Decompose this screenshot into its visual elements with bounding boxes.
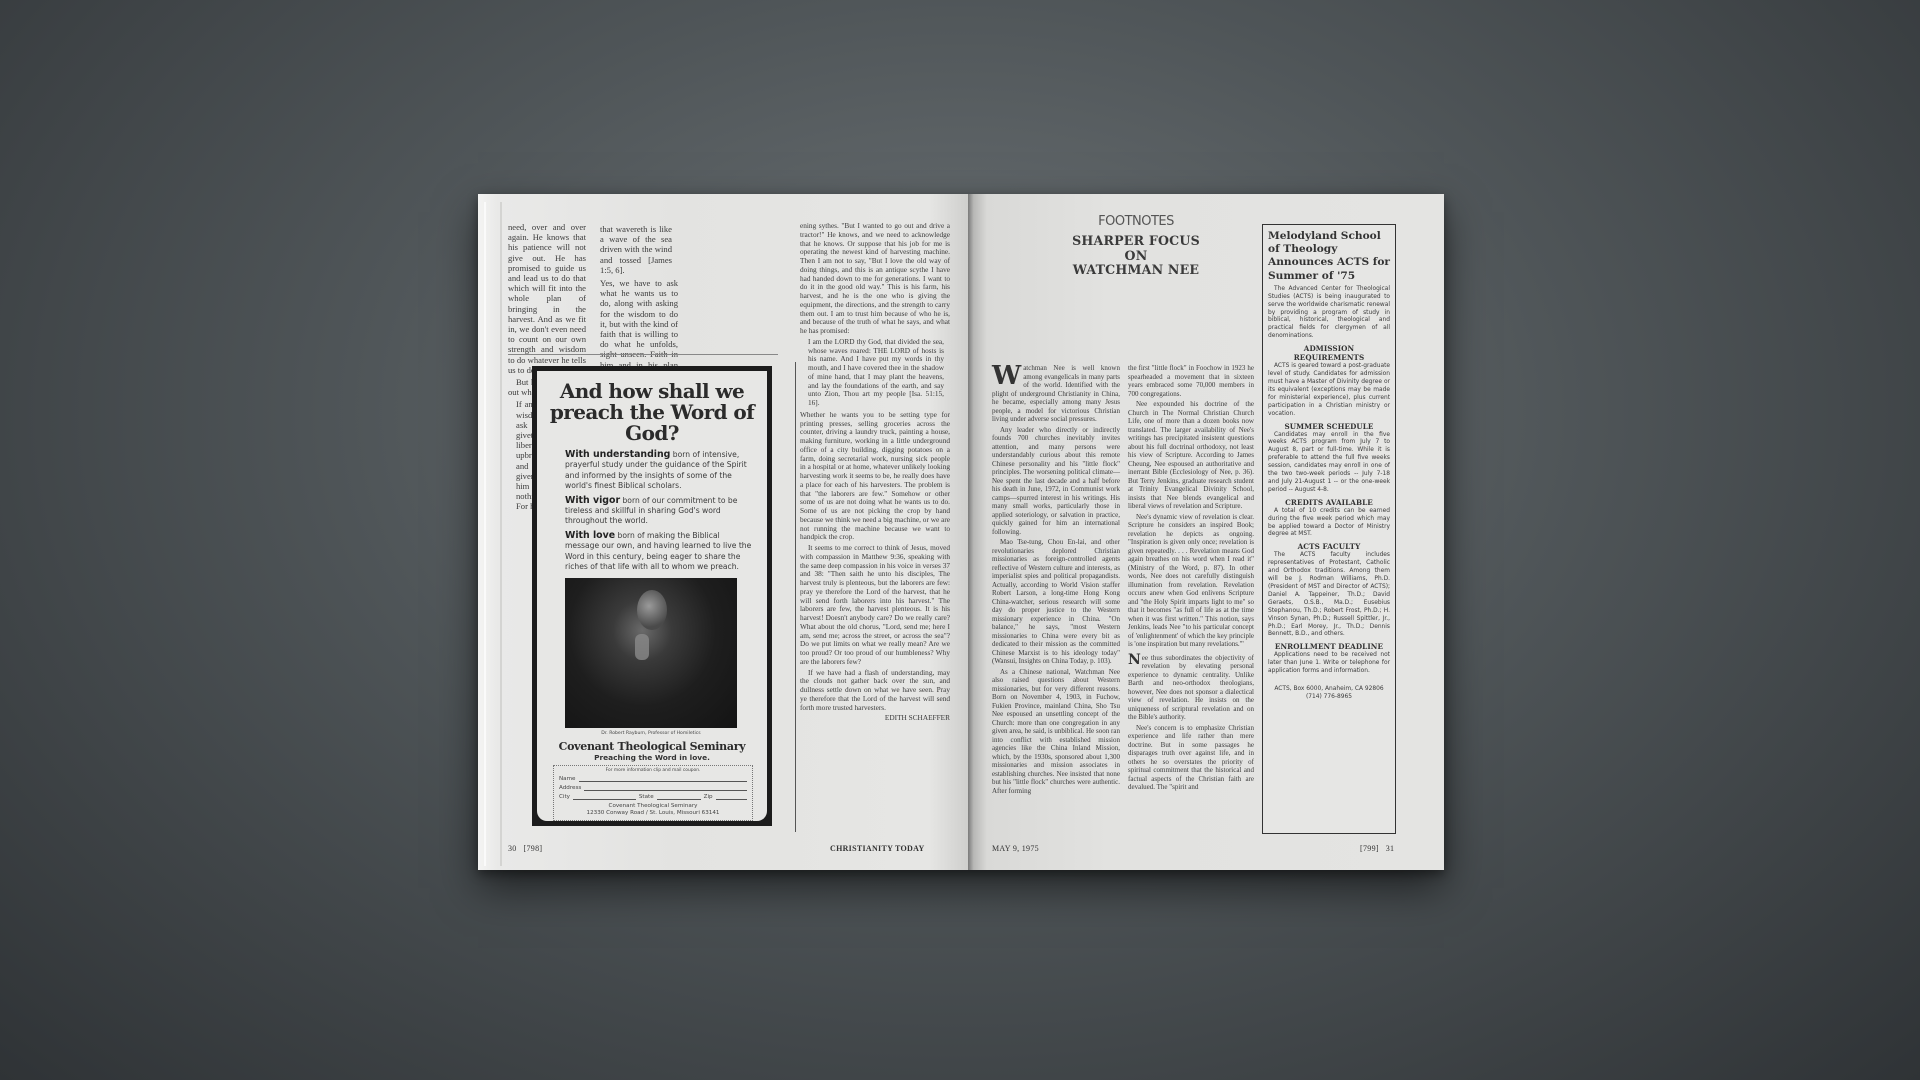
ad-lead: With vigor — [565, 495, 620, 506]
sidebar-section: CREDITS AVAILABLE A total of 10 credits … — [1268, 498, 1390, 540]
ad-paragraph: With vigor born of our commitment to be … — [565, 496, 755, 527]
ad-headline: And how shall we preach the Word of God? — [547, 381, 757, 444]
left-column-3: ening sythes. "But I wanted to go out an… — [800, 222, 950, 725]
ad-paragraph: With love born of making the Biblical me… — [565, 531, 755, 573]
sidebar-paragraph: The ACTS faculty includes representative… — [1268, 552, 1390, 639]
photo-hand — [635, 634, 649, 660]
scripture-quote: that wavereth is like a wave of the sea … — [600, 224, 672, 275]
byline: EDITH SCHAEFFER — [800, 714, 950, 723]
title-line: WATCHMAN NEE — [1020, 263, 1252, 278]
paragraph: Nee thus subordinates the objectivity of… — [1128, 654, 1254, 722]
blank-line — [716, 794, 747, 800]
acts-sidebar-ad: Melodyland School of Theology Announces … — [1262, 224, 1396, 834]
sidebar-intro: The Advanced Center for Theological Stud… — [1268, 286, 1390, 341]
address-field[interactable]: Address — [559, 785, 747, 791]
coupon-hint: For more information clip and mail coupo… — [559, 768, 747, 773]
paragraph: Nee's concern is to emphasize Christian … — [1128, 724, 1254, 792]
magazine-spread: need, over and over again. He knows that… — [478, 194, 1444, 870]
sidebar-section: ADMISSION REQUIREMENTS ACTS is geared to… — [1268, 344, 1390, 418]
field-label: Address — [559, 785, 581, 791]
left-page: need, over and over again. He knows that… — [478, 194, 968, 870]
sidebar-section: SUMMER SCHEDULE Candidates may enroll in… — [1268, 422, 1390, 495]
sidebar-paragraph: ACTS is geared toward a post-graduate le… — [1268, 363, 1390, 418]
sidebar-section: ENROLLMENT DEADLINE Applications need to… — [1268, 642, 1390, 676]
paragraph: Mao Tse-tung, Chou En-lai, and other rev… — [992, 538, 1120, 666]
contact-phone: (714) 776-8965 — [1268, 694, 1390, 702]
advertisement-panel: And how shall we preach the Word of God?… — [537, 371, 767, 821]
blank-line — [573, 794, 636, 800]
page-stack-edge — [484, 202, 502, 866]
drop-cap: W — [992, 365, 1021, 387]
seminary-tagline: Preaching the Word in love. — [547, 753, 757, 762]
article-title: SHARPER FOCUS ON WATCHMAN NEE — [1020, 234, 1252, 278]
mail-coupon: For more information clip and mail coupo… — [553, 765, 753, 821]
sidebar-heading: ADMISSION REQUIREMENTS — [1268, 344, 1390, 362]
paragraph-text: ee thus subordinates the objectivity of … — [1128, 654, 1254, 722]
ad-lead: With understanding — [565, 449, 670, 460]
city-state-zip-field[interactable]: City State Zip — [559, 794, 747, 800]
paragraph: the first "little flock" in Foochow in 1… — [1128, 364, 1254, 398]
field-label: Name — [559, 776, 576, 782]
article-column-2: the first "little flock" in Foochow in 1… — [1128, 364, 1254, 794]
sidebar-heading: ENROLLMENT DEADLINE — [1268, 642, 1390, 651]
right-folio: [799] 31 — [1360, 844, 1394, 853]
ad-paragraph: With understanding born of intensive, pr… — [565, 450, 755, 492]
drop-cap: N — [1128, 654, 1141, 666]
contact-address: ACTS, Box 6000, Anaheim, CA 92806 — [1268, 686, 1390, 694]
ad-body: With understanding born of intensive, pr… — [547, 450, 757, 572]
paragraph: ening sythes. "But I wanted to go out an… — [800, 222, 950, 336]
column-rule — [795, 362, 796, 832]
paragraph: Nee expounded his doctrine of the Church… — [1128, 400, 1254, 511]
address-line: Covenant Theological Seminary — [559, 803, 747, 810]
photo-caption: Dr. Robert Rayburn, Professor of Homilet… — [565, 731, 737, 736]
sidebar-paragraph: The Advanced Center for Theological Stud… — [1268, 286, 1390, 341]
paragraph: Any leader who directly or indirectly fo… — [992, 426, 1120, 537]
ad-lead: With love — [565, 530, 615, 541]
seminary-advertisement: And how shall we preach the Word of God?… — [532, 366, 772, 826]
photo-face — [637, 590, 667, 630]
section-kicker: FOOTNOTES — [1066, 214, 1206, 229]
title-line: ON — [1020, 249, 1252, 264]
right-page: FOOTNOTES SHARPER FOCUS ON WATCHMAN NEE … — [968, 194, 1444, 870]
field-label: State — [639, 794, 654, 800]
left-folio: 30 [798] — [508, 844, 542, 853]
paragraph: Whether he wants you to be setting type … — [800, 411, 950, 542]
article-column-1: Watchman Nee is well known among evangel… — [992, 364, 1120, 797]
sidebar-heading: CREDITS AVAILABLE — [1268, 498, 1390, 507]
professor-photo — [565, 578, 737, 728]
paragraph: As a Chinese national, Watchman Nee also… — [992, 668, 1120, 796]
sidebar-paragraph: Candidates may enroll in the five weeks … — [1268, 432, 1390, 495]
address-line: 12330 Conway Road / St. Louis, Missouri … — [559, 810, 747, 817]
sidebar-section: ACTS FACULTY The ACTS faculty includes r… — [1268, 542, 1390, 639]
sidebar-title: Melodyland School of Theology Announces … — [1268, 230, 1390, 283]
blank-line — [579, 776, 747, 782]
paragraph: It seems to me correct to think of Jesus… — [800, 544, 950, 667]
sidebar-heading: SUMMER SCHEDULE — [1268, 422, 1390, 431]
sidebar-paragraph: Applications need to be received not lat… — [1268, 652, 1390, 676]
paragraph: Nee's dynamic view of revelation is clea… — [1128, 513, 1254, 649]
blank-line — [657, 794, 701, 800]
blank-line — [584, 785, 747, 791]
paragraph: need, over and over again. He knows that… — [508, 222, 586, 375]
sidebar-paragraph: A total of 10 credits can be earned duri… — [1268, 508, 1390, 540]
issue-date: MAY 9, 1975 — [992, 844, 1039, 853]
field-label: City — [559, 794, 570, 800]
field-label: Zip — [704, 794, 713, 800]
scripture-quote: I am the LORD thy God, that divided the … — [808, 338, 944, 408]
sidebar-contact: ACTS, Box 6000, Anaheim, CA 92806 (714) … — [1268, 686, 1390, 701]
magazine-name: CHRISTIANITY TODAY — [830, 844, 925, 853]
paragraph: Watchman Nee is well known among evangel… — [992, 364, 1120, 424]
name-field[interactable]: Name — [559, 776, 747, 782]
section-divider — [508, 354, 778, 355]
title-line: SHARPER FOCUS — [1020, 234, 1252, 249]
seminary-name: Covenant Theological Seminary — [547, 740, 757, 753]
coupon-address: Covenant Theological Seminary 12330 Conw… — [559, 803, 747, 817]
sidebar-heading: ACTS FACULTY — [1268, 542, 1390, 551]
paragraph: If we have had a flash of understanding,… — [800, 669, 950, 713]
